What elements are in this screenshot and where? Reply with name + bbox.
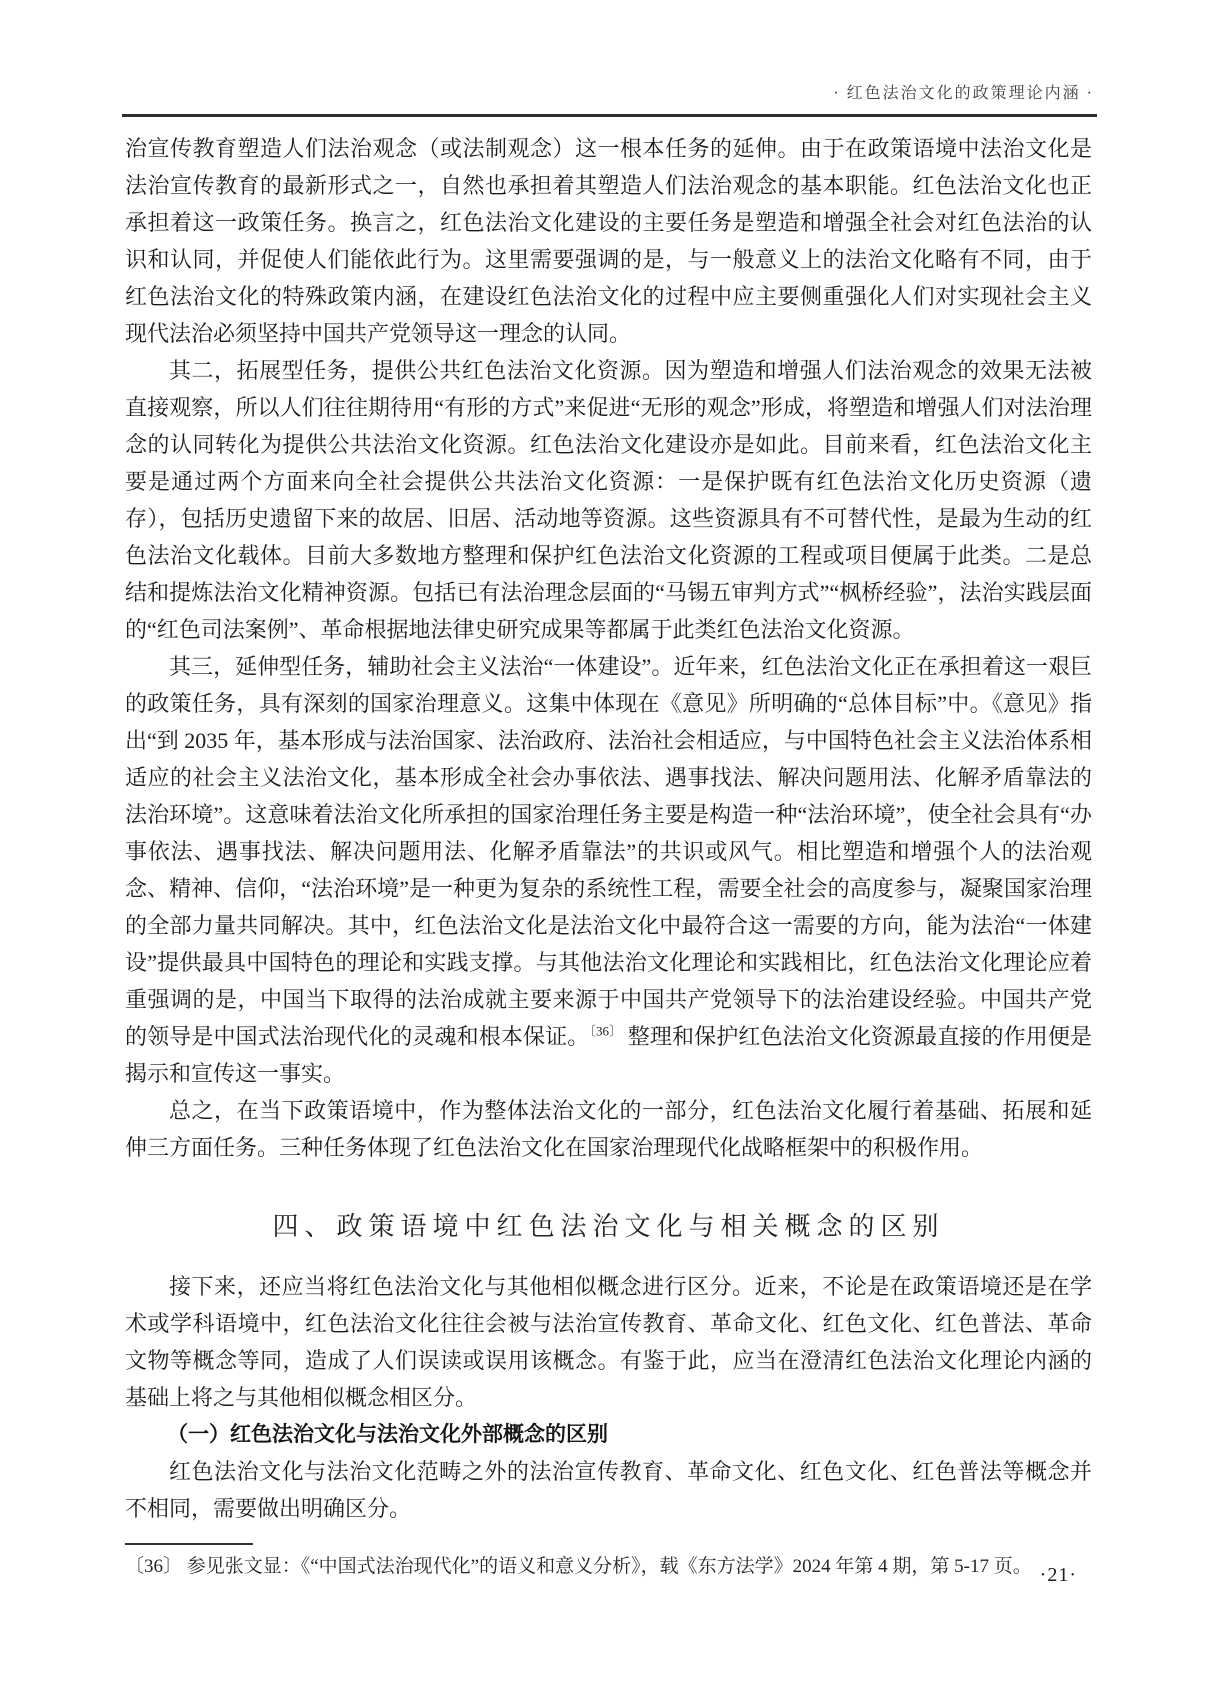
subsection-heading: （一）红色法治文化与法治文化外部概念的区别: [125, 1416, 1092, 1453]
page-body: 治宣传教育塑造人们法治观念（或法制观念）这一根本任务的延伸。由于在政策语境中法治…: [125, 130, 1092, 1581]
journal-page: · 红色法治文化的政策理论内涵 · 治宣传教育塑造人们法治观念（或法制观念）这一…: [0, 0, 1217, 1689]
running-header-title: · 红色法治文化的政策理论内涵 ·: [125, 80, 1094, 103]
paragraph-continuation: 治宣传教育塑造人们法治观念（或法制观念）这一根本任务的延伸。由于在政策语境中法治…: [125, 130, 1092, 352]
section-heading: 四、政策语境中红色法治文化与相关概念的区别: [125, 1208, 1092, 1246]
paragraph-task-extension: 其三，延伸型任务，辅助社会主义法治“一体建设”。近年来，红色法治文化正在承担着这…: [125, 648, 1092, 1092]
footnote-separator-rule: [125, 1543, 253, 1545]
footnote-reference-36: 〔36〕: [589, 1024, 622, 1039]
paragraph-distinction-intro: 接下来，还应当将红色法治文化与其他相似概念进行区分。近来，不论是在政策语境还是在…: [125, 1268, 1092, 1416]
page-number: ·21·: [1040, 1564, 1077, 1587]
paragraph-external-concepts: 红色法治文化与法治文化范畴之外的法治宣传教育、革命文化、红色文化、红色普法等概念…: [125, 1453, 1092, 1527]
header-rule: [122, 114, 1097, 117]
paragraph-task-extension-text: 其三，延伸型任务，辅助社会主义法治“一体建设”。近年来，红色法治文化正在承担着这…: [125, 654, 1092, 1049]
paragraph-summary: 总之，在当下政策语境中，作为整体法治文化的一部分，红色法治文化履行着基础、拓展和…: [125, 1092, 1092, 1166]
footnote-36: 〔36〕 参见张文显：《“中国式法治现代化”的语义和意义分析》，载《东方法学》2…: [125, 1553, 1092, 1581]
paragraph-task-expansion: 其二，拓展型任务，提供公共红色法治文化资源。因为塑造和增强人们法治观念的效果无法…: [125, 352, 1092, 648]
